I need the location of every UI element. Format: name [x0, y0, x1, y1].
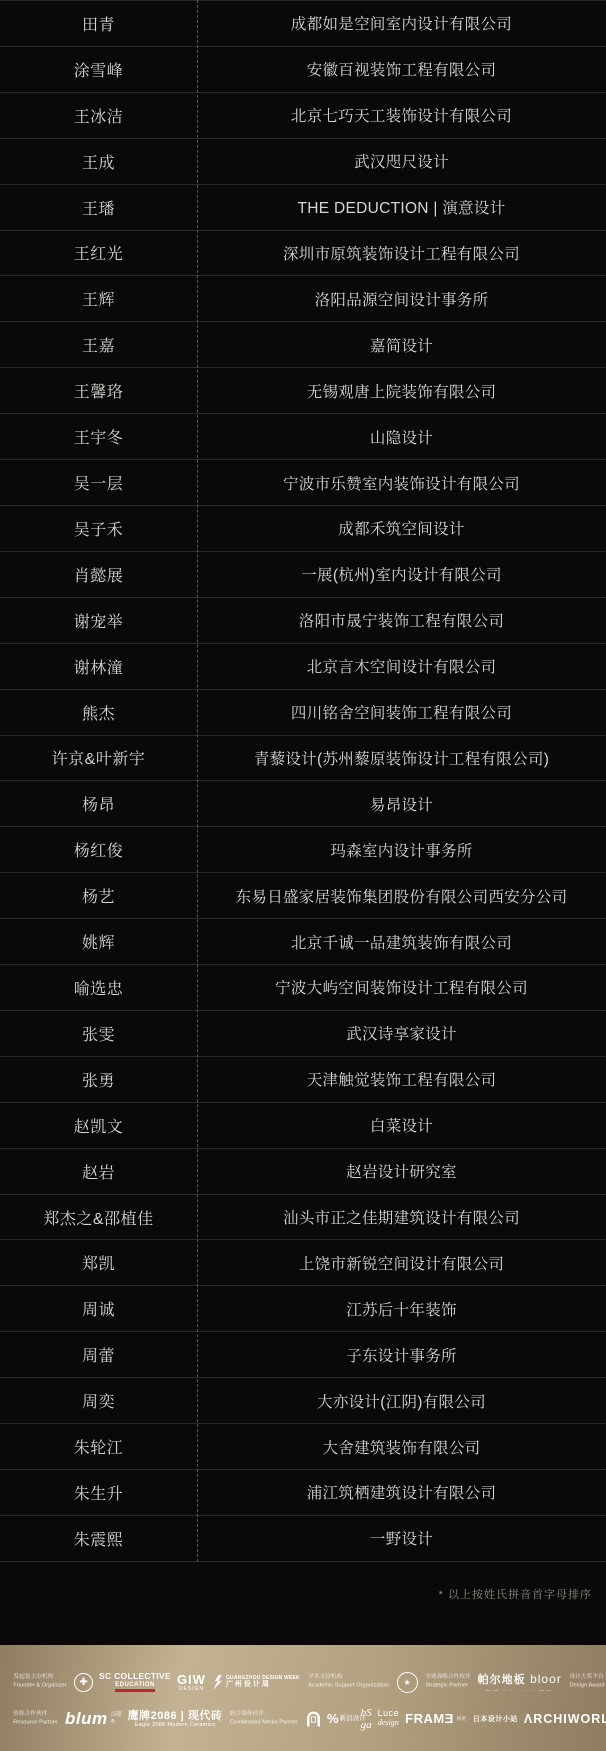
running-figure-icon: [212, 1675, 223, 1690]
designer-name: 许京&叶新宇: [0, 746, 197, 769]
percent-icon: %: [327, 1711, 339, 1726]
list-row: 喻选忠 宁波大屿空间装饰设计工程有限公司: [0, 965, 606, 1011]
designer-name: 朱震熙: [0, 1527, 197, 1550]
company-name: 成都如是空间室内设计有限公司: [197, 12, 606, 34]
blum-text: blum: [65, 1709, 108, 1729]
university-seal-icon: ★: [397, 1672, 418, 1693]
designer-list: 田青 成都如是空间室内设计有限公司 涂雪峰 安徽百视装饰工程有限公司 王冰洁 北…: [0, 0, 606, 1562]
registered-mark: ®: [111, 1719, 122, 1726]
designer-name: 杨红俊: [0, 838, 197, 861]
sina-design-text: 新浪设计: [340, 1715, 355, 1723]
list-row: 王辉 洛阳品源空间设计事务所: [0, 276, 606, 322]
list-row: 杨昂 易昂设计: [0, 781, 606, 827]
partners-row-1: 发起及主办机构 Founder & Organizer ✚ SC COLLECT…: [12, 1669, 594, 1695]
company-name: 大舍建筑装饰有限公司: [197, 1436, 606, 1458]
giw-design-text: DESIGN: [179, 1687, 204, 1693]
list-row: 谢宠举 洛阳市晟宁装饰工程有限公司: [0, 598, 606, 644]
designer-name: 郑杰之&邵植佳: [0, 1206, 197, 1229]
designer-name: 涂雪峰: [0, 58, 197, 81]
designer-name: 朱生升: [0, 1481, 197, 1504]
company-name: 一展(杭州)室内设计有限公司: [197, 563, 606, 585]
bloor-flooring-logo: 帕尔地板 bloor —— ···· ···· ——: [478, 1670, 562, 1695]
list-row: 朱震熙 一野设计: [0, 1516, 606, 1562]
list-row: 肖懿展 一展(杭州)室内设计有限公司: [0, 552, 606, 598]
company-name: 洛阳市晟宁装饰工程有限公司: [197, 609, 606, 631]
company-name: 宁波大屿空间装饰设计工程有限公司: [197, 976, 606, 998]
designer-name: 谢宠举: [0, 609, 197, 632]
bloor-cn-text: 帕尔地板: [478, 1674, 526, 1686]
designer-name: 王璠: [0, 196, 197, 219]
design-award-platform-label: 设计大奖平台 Design Award Platform: [569, 1674, 606, 1691]
designer-name: 赵凯文: [0, 1114, 197, 1137]
company-name: 白菜设计: [197, 1114, 606, 1136]
designer-name: 张勇: [0, 1068, 197, 1091]
company-name: 无锡观唐上院装饰有限公司: [197, 380, 606, 402]
designer-name: 王红光: [0, 241, 197, 264]
media-partner-label: 联合媒体伙伴 Combinated Media Partner: [230, 1710, 298, 1727]
luce-design-text: design: [378, 1719, 399, 1728]
company-name: 山隐设计: [197, 426, 606, 448]
sc-collective-badge-logo: ✚: [74, 1673, 93, 1692]
company-name: 青藜设计(苏州藜原装饰设计工程有限公司): [197, 747, 606, 769]
blum-logo: blum 百隆 ®: [65, 1709, 122, 1729]
sc-collective-education-logo: SC COLLECTIVE EDUCATION: [99, 1672, 171, 1692]
designer-name: 郑凯: [0, 1251, 197, 1274]
company-name: 子东设计事务所: [197, 1344, 606, 1366]
bloor-en-text: bloor: [530, 1672, 562, 1686]
designer-name: 喻选忠: [0, 976, 197, 999]
giw-design-logo: GIW DESIGN: [177, 1673, 206, 1693]
designer-name: 吴一层: [0, 471, 197, 494]
frame-cn-text: 构架: [457, 1716, 467, 1721]
bloor-tagline: —— ···· ···· ——: [486, 1688, 554, 1695]
eagle-cn-text: 鹰牌2086 | 现代砖: [128, 1710, 223, 1722]
academic-support-label: 学术支持机构 Academic Support Organization: [308, 1674, 388, 1691]
gdw-cn-text: 广州设计周: [226, 1681, 271, 1689]
list-row: 王馨珞 无锡观唐上院装饰有限公司: [0, 368, 606, 414]
designer-name: 周奕: [0, 1389, 197, 1412]
company-name: 天津触觉装饰工程有限公司: [197, 1068, 606, 1090]
company-name: 成都禾筑空间设计: [197, 517, 606, 539]
list-row: 杨红俊 玛森室内设计事务所: [0, 827, 606, 873]
japan-design-station-logo: 日本设计小站: [473, 1714, 518, 1724]
company-name: 一野设计: [197, 1527, 606, 1549]
list-row: 王成 武汉咫尺设计: [0, 139, 606, 185]
partners-footer-bar: 发起及主办机构 Founder & Organizer ✚ SC COLLECT…: [0, 1645, 606, 1751]
company-name: 玛森室内设计事务所: [197, 839, 606, 861]
strategic-label-en: Strategic Partner: [425, 1682, 471, 1691]
company-name: 江苏后十年装饰: [197, 1298, 606, 1320]
company-name: 武汉诗享家设计: [197, 1022, 606, 1044]
designer-name: 王辉: [0, 287, 197, 310]
list-row: 张勇 天津触觉装饰工程有限公司: [0, 1057, 606, 1103]
list-row: 周蕾 子东设计事务所: [0, 1332, 606, 1378]
list-row: 许京&叶新宇 青藜设计(苏州藜原装饰设计工程有限公司): [0, 736, 606, 782]
guangzhou-design-week-logo: GUANGZHOU DESIGN WEEK 广州设计周: [212, 1675, 300, 1690]
luce-design-logo: Luce design: [378, 1709, 400, 1728]
list-row: 郑凯 上饶市新锐空间设计有限公司: [0, 1240, 606, 1286]
script-line2: ga: [361, 1719, 372, 1731]
list-row: 吴子禾 成都禾筑空间设计: [0, 506, 606, 552]
company-name: 易昂设计: [197, 793, 606, 815]
list-row: 吴一层 宁波市乐赞室内装饰设计有限公司: [0, 460, 606, 506]
founder-label-en: Founder & Organizer: [13, 1682, 66, 1691]
designer-name: 王成: [0, 150, 197, 173]
list-row: 涂雪峰 安徽百视装饰工程有限公司: [0, 47, 606, 93]
list-row: 朱轮江 大舍建筑装饰有限公司: [0, 1424, 606, 1470]
award-label-en: Design Award Platform: [569, 1682, 606, 1691]
designer-name: 王馨珞: [0, 379, 197, 402]
list-row: 郑杰之&邵植佳 汕头市正之佳期建筑设计有限公司: [0, 1195, 606, 1241]
list-row: 姚辉 北京千诚一品建筑装饰有限公司: [0, 919, 606, 965]
academic-label-en: Academic Support Organization: [308, 1682, 388, 1691]
sina-design-logo: % 新浪设计: [327, 1711, 355, 1726]
sorting-footnote: * 以上按姓氏拼音首字母排序: [439, 1586, 592, 1602]
list-row: 周奕 大亦设计(江阴)有限公司: [0, 1378, 606, 1424]
list-row: 王嘉 嘉简设计: [0, 322, 606, 368]
list-row: 赵凯文 白菜设计: [0, 1103, 606, 1149]
designer-name: 王宇冬: [0, 425, 197, 448]
script-line1: bS: [361, 1707, 372, 1719]
list-row: 王冰洁 北京七巧天工装饰设计有限公司: [0, 93, 606, 139]
archiworld-logo: ΛRCHIWORLD: [524, 1712, 606, 1726]
strategic-partner-label: 全球战略合作伙伴 Strategic Partner: [425, 1674, 471, 1691]
company-name: 浦江筑栖建筑设计有限公司: [197, 1481, 606, 1503]
arch-gate-media-logo: [306, 1710, 321, 1728]
company-name: 汕头市正之佳期建筑设计有限公司: [197, 1206, 606, 1228]
company-name: 上饶市新锐空间设计有限公司: [197, 1252, 606, 1274]
list-row: 熊杰 四川铭舍空间装饰工程有限公司: [0, 690, 606, 736]
resource-label-cn: 资源合作伙伴: [13, 1710, 58, 1719]
designer-name: 周蕾: [0, 1343, 197, 1366]
arch-gate-icon: [306, 1710, 321, 1728]
designer-name: 谢林潼: [0, 655, 197, 678]
designer-name: 王嘉: [0, 333, 197, 356]
blum-cn-text: 百隆: [111, 1712, 122, 1719]
company-name: 安徽百视装饰工程有限公司: [197, 58, 606, 80]
list-row: 谢林潼 北京言木空间设计有限公司: [0, 644, 606, 690]
company-name: 洛阳品源空间设计事务所: [197, 288, 606, 310]
designer-name: 张雯: [0, 1022, 197, 1045]
page: 田青 成都如是空间室内设计有限公司 涂雪峰 安徽百视装饰工程有限公司 王冰洁 北…: [0, 0, 606, 1751]
list-row: 周诚 江苏后十年装饰: [0, 1286, 606, 1332]
media-label-cn: 联合媒体伙伴: [230, 1710, 298, 1719]
column-divider-dashed-line: [197, 0, 198, 1562]
badge-emblem-icon: ✚: [74, 1673, 93, 1692]
designer-name: 吴子禾: [0, 517, 197, 540]
company-name: 赵岩设计研究室: [197, 1160, 606, 1182]
company-name: 武汉咫尺设计: [197, 150, 606, 172]
company-name: 北京言木空间设计有限公司: [197, 655, 606, 677]
designer-name: 杨昂: [0, 792, 197, 815]
list-row: 朱生升 浦江筑栖建筑设计有限公司: [0, 1470, 606, 1516]
sc-collective-text: SC COLLECTIVE: [99, 1672, 171, 1681]
media-label-en: Combinated Media Partner: [230, 1719, 298, 1728]
eagle-en-text: Eagle 2086 Modern Ceramics: [135, 1722, 216, 1728]
resource-label-en: Resource Partner: [13, 1719, 58, 1728]
company-name: 东易日盛家居装饰集团股份有限公司西安分公司: [197, 885, 606, 907]
sc-education-text: EDUCATION: [115, 1682, 155, 1693]
company-name: 北京千诚一品建筑装饰有限公司: [197, 931, 606, 953]
designer-name: 杨艺: [0, 884, 197, 907]
cursive-script-media-logo: bS ga: [361, 1707, 372, 1731]
list-row: 田青 成都如是空间室内设计有限公司: [0, 1, 606, 47]
list-row: 王宇冬 山隐设计: [0, 414, 606, 460]
list-row: 杨艺 东易日盛家居装饰集团股份有限公司西安分公司: [0, 873, 606, 919]
eagle-2086-logo: 鹰牌2086 | 现代砖 Eagle 2086 Modern Ceramics: [128, 1710, 223, 1728]
company-name: THE DEDUCTION | 演意设计: [197, 196, 606, 218]
company-name: 大亦设计(江阴)有限公司: [197, 1390, 606, 1412]
company-name: 北京七巧天工装饰设计有限公司: [197, 104, 606, 126]
designer-name: 熊杰: [0, 701, 197, 724]
designer-name: 王冰洁: [0, 104, 197, 127]
designer-name: 肖懿展: [0, 563, 197, 586]
giw-text: GIW: [177, 1673, 206, 1687]
designer-name: 周诚: [0, 1297, 197, 1320]
founder-organizer-label: 发起及主办机构 Founder & Organizer: [13, 1674, 66, 1691]
list-row: 王璠 THE DEDUCTION | 演意设计: [0, 185, 606, 231]
partners-row-2: 资源合作伙伴 Resource Partner blum 百隆 ® 鹰牌2086…: [12, 1707, 594, 1731]
company-name: 宁波市乐赞室内装饰设计有限公司: [197, 472, 606, 494]
designer-name: 赵岩: [0, 1160, 197, 1183]
frame-magazine-logo: FRAMƎ 构架: [405, 1711, 467, 1726]
designer-name: 姚辉: [0, 930, 197, 953]
designer-name: 田青: [0, 12, 197, 35]
designer-name: 朱轮江: [0, 1435, 197, 1458]
company-name: 四川铭舍空间装饰工程有限公司: [197, 701, 606, 723]
list-row: 张雯 武汉诗享家设计: [0, 1011, 606, 1057]
resource-partner-label: 资源合作伙伴 Resource Partner: [13, 1710, 58, 1727]
list-row: 王红光 深圳市原筑装饰设计工程有限公司: [0, 231, 606, 277]
university-seal-logo: ★: [397, 1672, 418, 1693]
company-name: 深圳市原筑装饰设计工程有限公司: [197, 242, 606, 264]
list-row: 赵岩 赵岩设计研究室: [0, 1149, 606, 1195]
frame-text: FRAMƎ: [405, 1711, 454, 1726]
company-name: 嘉简设计: [197, 334, 606, 356]
